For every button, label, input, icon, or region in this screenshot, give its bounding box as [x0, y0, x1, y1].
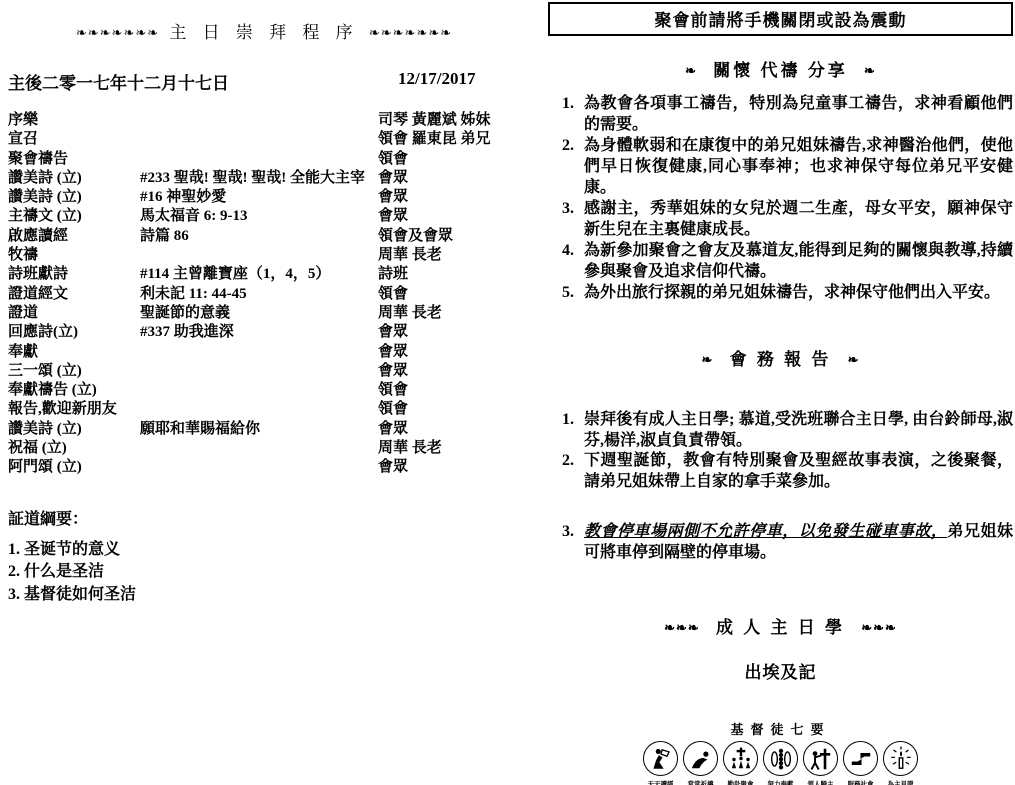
- seven-essentials-title: 基督徒七要: [548, 719, 1013, 738]
- sermon-outline-list: 1. 圣诞节的意义2. 什么是圣洁3. 基督徒如何圣洁: [8, 539, 520, 607]
- worship-order-header: ❧❧❧❧❧❧❧ 主 日 崇 拜 程 序 ❧❧❧❧❧❧❧: [8, 0, 520, 43]
- program-item-label: 證道經文: [8, 286, 68, 302]
- program-item-label: 牧禱: [8, 247, 38, 263]
- phone-notice-box: 聚會前請將手機關閉或設為震動: [548, 2, 1013, 36]
- program-item-leader: 領會: [378, 285, 408, 304]
- prayer-item: 5. 為外出旅行探親的弟兄姐妹禱告，求神保守他們出入平安。: [548, 282, 1013, 303]
- sunday-school-topic: 出埃及記: [548, 658, 1013, 683]
- prayer-item-text: 為身體軟弱和在康復中的弟兄姐妹禱告,求神醫治他們，使他們早日恢復健康,同心事奉神…: [584, 135, 1013, 198]
- item-number: 4.: [548, 240, 584, 282]
- program-item-leader: 周華 長老: [378, 246, 442, 265]
- care-section-title: 關懷 代禱 分享: [713, 61, 848, 80]
- item-number: 1.: [548, 93, 584, 135]
- date-numeric: 12/17/2017: [398, 69, 475, 89]
- phone-notice-text: 聚會前請將手機關閉或設為震動: [655, 11, 907, 30]
- logo-label: 常常祈禱: [681, 779, 720, 785]
- program-row: 啟應讀經 詩篇 86 領會及會眾: [8, 227, 520, 246]
- logo-label: 服務社會: [841, 779, 880, 785]
- logo-label: 努力奉獻: [761, 779, 800, 785]
- program-item-label: 讚美詩 (立): [8, 421, 82, 437]
- fleuron-icon: ❧: [864, 63, 876, 78]
- program-item-leader: 周華 長老: [378, 304, 442, 323]
- program-item-detail: 願耶和華賜福給你: [140, 420, 260, 439]
- prayer-item-text: 為外出旅行探親的弟兄姐妹禱告，求神保守他們出入平安。: [584, 282, 1013, 303]
- announcements-column: 聚會前請將手機關閉或設為震動 ❧ 關懷 代禱 分享 ❧ 1. 為教會各項事工禱告…: [548, 2, 1013, 785]
- program-row: 宣召 領會 羅東昆 弟兄: [8, 130, 520, 149]
- prayer-item-text: 為教會各項事工禱告，特別為兒童事工禱告，求神看顧他們的需要。: [584, 93, 1013, 135]
- program-item-detail: 詩篇 86: [140, 227, 189, 246]
- program-item-leader: 領會及會眾: [378, 227, 453, 246]
- sermon-outline-title: 証道綱要：: [8, 506, 520, 529]
- fleuron-chain-icon: ❧❧❧: [861, 620, 897, 635]
- report-section-title: 會 務 報 告: [730, 350, 832, 369]
- program-item-detail: #337 助我進深: [140, 323, 234, 342]
- announcement-item: 2. 下週聖誕節，教會有特別聚會及聖經故事表演，之後聚餐，請弟兄姐妹帶上自家的拿…: [548, 451, 1013, 492]
- program-item-label: 讚美詩 (立): [8, 189, 82, 205]
- program-item-leader: 會眾: [378, 323, 408, 342]
- fleuron-icon: ❧: [848, 352, 860, 367]
- program-row: 奉獻 會眾: [8, 343, 520, 362]
- serving-hands-icon: [843, 741, 878, 776]
- item-number: 1.: [548, 410, 584, 451]
- fleuron-chain-icon: ❧❧❧: [664, 620, 700, 635]
- program-item-label: 讚美詩 (立): [8, 170, 82, 186]
- program-item-leader: 司琴 黃麗斌 姊妹: [378, 111, 491, 130]
- program-item-leader: 周華 長老: [378, 439, 442, 458]
- program-item-label: 主禱文 (立): [8, 208, 82, 224]
- program-item-leader: 會眾: [378, 188, 408, 207]
- candle-icon: [883, 741, 918, 776]
- item-number: 2.: [548, 135, 584, 198]
- program-item-label: 宣召: [8, 131, 38, 147]
- date-chinese: 主後二零一七年十二月十七日: [8, 74, 229, 93]
- program-item-label: 報告,歡迎新朋友: [8, 401, 117, 417]
- program-row: 聚會禱告 領會: [8, 150, 520, 169]
- program-item-detail: #114 主曾離寶座（1，4，5）: [140, 265, 330, 284]
- program-item-label: 三一頌 (立): [8, 363, 82, 379]
- date-row: 主後二零一七年十二月十七日 12/17/2017: [8, 69, 520, 91]
- program-item-detail: 聖誕節的意義: [140, 304, 230, 323]
- program-item-leader: 會眾: [378, 458, 408, 477]
- parking-warning-text: 教會停車場兩側不允許停車，以免發生碰車事故，: [584, 523, 947, 540]
- prayer-item-text: 為新參加聚會之會友及慕道友,能得到足夠的關懷與教導,持續參與聚會及追求信仰代禱。: [584, 240, 1013, 282]
- program-item-label: 證道: [8, 305, 38, 321]
- program-item-detail: 馬太福音 6: 9-13: [140, 207, 248, 226]
- congregation-cross-icon: [723, 741, 758, 776]
- seven-essentials-row: 天天讀經 常常祈禱 勤赴聚會: [548, 741, 1013, 785]
- program-item-label: 啟應讀經: [8, 228, 68, 244]
- worship-order-column: ❧❧❧❧❧❧❧ 主 日 崇 拜 程 序 ❧❧❧❧❧❧❧ 主後二零一七年十二月十七…: [8, 0, 520, 606]
- program-item-detail: #16 神聖妙愛: [140, 188, 226, 207]
- person-cross-icon: [803, 741, 838, 776]
- item-number: 5.: [548, 282, 584, 303]
- program-row: 證道經文 利未記 11: 44-45 領會: [8, 285, 520, 304]
- logo-label: 領人歸主: [801, 779, 840, 785]
- program-row: 三一頌 (立) 會眾: [8, 362, 520, 381]
- program-row: 報告,歡迎新朋友 領會: [8, 400, 520, 419]
- prayer-items-list: 1. 為教會各項事工禱告，特別為兒童事工禱告，求神看顧他們的需要。 2. 為身體…: [548, 93, 1013, 303]
- prayer-item: 2. 為身體軟弱和在康復中的弟兄姐妹禱告,求神醫治他們，使他們早日恢復健康,同心…: [548, 135, 1013, 198]
- item-number: 2.: [548, 451, 584, 492]
- program-item-leader: 會眾: [378, 169, 408, 188]
- program-item-leader: 會眾: [378, 343, 408, 362]
- fleuron-chain-icon: ❧❧❧❧❧❧❧: [76, 25, 159, 40]
- program-row: 讚美詩 (立) #16 神聖妙愛 會眾: [8, 188, 520, 207]
- program-item-leader: 會眾: [378, 207, 408, 226]
- announcement-plain-text: 下週聖誕節，教會有特別聚會及聖經故事表演，之後聚餐，請弟兄姐妹帶上自家的拿手菜參…: [584, 452, 1013, 490]
- church-bulletin-page: ❧❧❧❧❧❧❧ 主 日 崇 拜 程 序 ❧❧❧❧❧❧❧ 主後二零一七年十二月十七…: [0, 0, 1015, 785]
- program-item-leader: 領會: [378, 150, 408, 169]
- logo-item-meeting: 勤赴聚會: [721, 741, 760, 785]
- program-item-leader: 領會: [378, 381, 408, 400]
- program-list: 序樂 司琴 黃麗斌 姊妹 宣召 領會 羅東昆 弟兄 聚會禱告 領會 讚美詩 (立…: [8, 111, 520, 478]
- logo-item-evangelism: 領人歸主: [801, 741, 840, 785]
- loaves-fishes-icon: [763, 741, 798, 776]
- program-row: 詩班獻詩 #114 主曾離寶座（1，4，5） 詩班: [8, 265, 520, 284]
- sermon-outline-item: 1. 圣诞节的意义: [8, 539, 520, 562]
- program-item-label: 聚會禱告: [8, 151, 68, 167]
- program-item-leader: 會眾: [378, 420, 408, 439]
- logo-item-offering: 努力奉獻: [761, 741, 800, 785]
- prayer-item-text: 感謝主，秀華姐妹的女兒於週二生產，母女平安，願神保守新生兒在主裏健康成長。: [584, 198, 1013, 240]
- program-item-label: 序樂: [8, 112, 38, 128]
- program-item-label: 奉獻禱告 (立): [8, 382, 97, 398]
- program-item-label: 祝福 (立): [8, 440, 67, 456]
- bible-reading-icon: [643, 741, 678, 776]
- sunday-school-header: ❧❧❧ 成 人 主 日 學 ❧❧❧: [548, 613, 1013, 638]
- prayer-item: 3. 感謝主，秀華姐妹的女兒於週二生產，母女平安，願神保守新生兒在主裏健康成長。: [548, 198, 1013, 240]
- logo-label: 勤赴聚會: [721, 779, 760, 785]
- program-item-leader: 領會 羅東昆 弟兄: [378, 130, 491, 149]
- sermon-outline-item: 2. 什么是圣洁: [8, 561, 520, 584]
- program-item-detail: #233 聖哉! 聖哉! 聖哉! 全能大主宰: [140, 169, 365, 188]
- announcement-item-text: 下週聖誕節，教會有特別聚會及聖經故事表演，之後聚餐，請弟兄姐妹帶上自家的拿手菜參…: [584, 451, 1013, 492]
- logo-item-witness: 為主見證: [881, 741, 920, 785]
- care-section-header: ❧ 關懷 代禱 分享 ❧: [548, 56, 1013, 81]
- program-row: 阿門頌 (立) 會眾: [8, 458, 520, 477]
- program-item-label: 奉獻: [8, 344, 38, 360]
- logo-item-service: 服務社會: [841, 741, 880, 785]
- program-row: 讚美詩 (立) 願耶和華賜福給你 會眾: [8, 420, 520, 439]
- program-item-leader: 詩班: [378, 265, 408, 284]
- fleuron-icon: ❧: [685, 63, 697, 78]
- program-item-label: 阿門頌 (立): [8, 459, 82, 475]
- fleuron-icon: ❧: [701, 352, 713, 367]
- program-row: 證道 聖誕節的意義 周華 長老: [8, 304, 520, 323]
- item-number: 3.: [548, 198, 584, 240]
- prayer-item: 1. 為教會各項事工禱告，特別為兒童事工禱告，求神看顧他們的需要。: [548, 93, 1013, 135]
- program-row: 牧禱 周華 長老: [8, 246, 520, 265]
- program-row: 主禱文 (立) 馬太福音 6: 9-13 會眾: [8, 207, 520, 226]
- announcement-item-text: 崇拜後有成人主日學; 慕道,受洗班聯合主日學, 由台鈴師母,淑芬,楊洋,淑貞負責…: [584, 410, 1013, 451]
- program-item-label: 詩班獻詩: [8, 266, 68, 282]
- seven-essentials-logo: 基督徒七要 天天讀經 常常祈禱: [548, 719, 1013, 785]
- sermon-outline-item: 3. 基督徒如何圣洁: [8, 584, 520, 607]
- announcement-item-text: 教會停車場兩側不允許停車，以免發生碰車事故，弟兄姐妹可將車停到隔壁的停車場。: [584, 522, 1013, 563]
- announcement-items-list: 1. 崇拜後有成人主日學; 慕道,受洗班聯合主日學, 由台鈴師母,淑芬,楊洋,淑…: [548, 410, 1013, 563]
- report-section-header: ❧ 會 務 報 告 ❧: [548, 345, 1013, 370]
- announcement-plain-text: 崇拜後有成人主日學; 慕道,受洗班聯合主日學, 由台鈴師母,淑芬,楊洋,淑貞負責…: [584, 411, 1013, 449]
- logo-label: 為主見證: [881, 779, 920, 785]
- worship-order-title: 主 日 崇 拜 程 序: [169, 23, 358, 42]
- announcement-item: 1. 崇拜後有成人主日學; 慕道,受洗班聯合主日學, 由台鈴師母,淑芬,楊洋,淑…: [548, 410, 1013, 451]
- prayer-item: 4. 為新參加聚會之會友及慕道友,能得到足夠的關懷與教導,持續參與聚會及追求信仰…: [548, 240, 1013, 282]
- fleuron-chain-icon: ❧❧❧❧❧❧❧: [369, 25, 452, 40]
- logo-label: 天天讀經: [641, 779, 680, 785]
- program-row: 奉獻禱告 (立) 領會: [8, 381, 520, 400]
- program-item-detail: 利未記 11: 44-45: [140, 285, 247, 304]
- logo-item-prayer: 常常祈禱: [681, 741, 720, 785]
- sunday-school-title: 成 人 主 日 學: [716, 618, 845, 637]
- praying-icon: [683, 741, 718, 776]
- program-item-leader: 領會: [378, 400, 408, 419]
- program-row: 讚美詩 (立) #233 聖哉! 聖哉! 聖哉! 全能大主宰 會眾: [8, 169, 520, 188]
- logo-item-reading: 天天讀經: [641, 741, 680, 785]
- program-row: 回應詩(立) #337 助我進深 會眾: [8, 323, 520, 342]
- program-item-label: 回應詩(立): [8, 324, 78, 340]
- announcement-item: 3. 教會停車場兩側不允許停車，以免發生碰車事故，弟兄姐妹可將車停到隔壁的停車場…: [548, 522, 1013, 563]
- item-number: 3.: [548, 522, 584, 563]
- program-row: 祝福 (立) 周華 長老: [8, 439, 520, 458]
- program-item-leader: 會眾: [378, 362, 408, 381]
- program-row: 序樂 司琴 黃麗斌 姊妹: [8, 111, 520, 130]
